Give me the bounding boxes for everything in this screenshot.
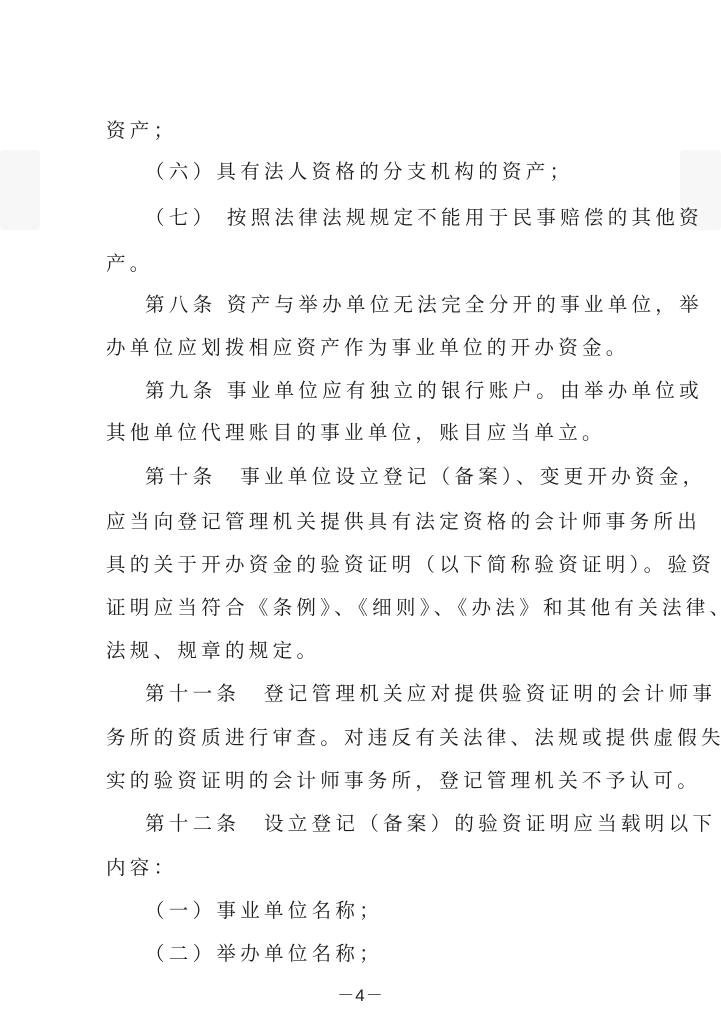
list-item: （二）举办单位名称； [145, 942, 383, 966]
text-line: 其他单位代理账目的事业单位，账目应当单立。 [106, 421, 606, 445]
text-line: 务所的资质进行审查。对违反有关法律、法规或提供虚假失 [106, 726, 721, 750]
text-line: 资产； [106, 119, 177, 143]
text-line: 应当向登记管理机关提供具有法定资格的会计师事务所出 [106, 510, 701, 534]
text-line: （七） 按照法律法规规定不能用于民事赔偿的其他资 [145, 206, 703, 230]
text-line: 法规、规章的规定。 [106, 639, 320, 663]
text-line: 办单位应划拨相应资产作为事业单位的开办资金。 [106, 336, 630, 360]
article-11-heading-line: 第十一条 登记管理机关应对提供验资证明的会计师事 [145, 682, 716, 706]
text-line: 具的关于开办资金的验资证明（以下简称验资证明）。验资 [106, 553, 715, 577]
text-line: 产。 [106, 252, 154, 276]
scan-noise [0, 150, 40, 230]
document-page: 资产； （六）具有法人资格的分支机构的资产； （七） 按照法律法规规定不能用于民… [0, 0, 721, 1024]
article-10-heading-line: 第十条 事业单位设立登记（备案）、变更开办资金， [145, 465, 706, 489]
text-line: （六）具有法人资格的分支机构的资产； [145, 160, 573, 184]
article-12-heading-line: 第十二条 设立登记（备案）的验资证明应当载明以下 [145, 812, 716, 836]
article-8-heading-line: 第八条 资产与举办单位无法完全分开的事业单位，举 [145, 293, 703, 317]
text-line: 实的验资证明的会计师事务所，登记管理机关不予认可。 [106, 769, 701, 793]
list-item: （一）事业单位名称； [145, 899, 383, 923]
article-9-heading-line: 第九条 事业单位应有独立的银行账户。由举办单位或 [145, 379, 703, 403]
text-line: 内容： [106, 856, 177, 880]
page-number: －4－ [0, 981, 721, 1006]
text-line: 证明应当符合《条例》、《细则》、《办法》和其他有关法律、 [106, 596, 721, 620]
